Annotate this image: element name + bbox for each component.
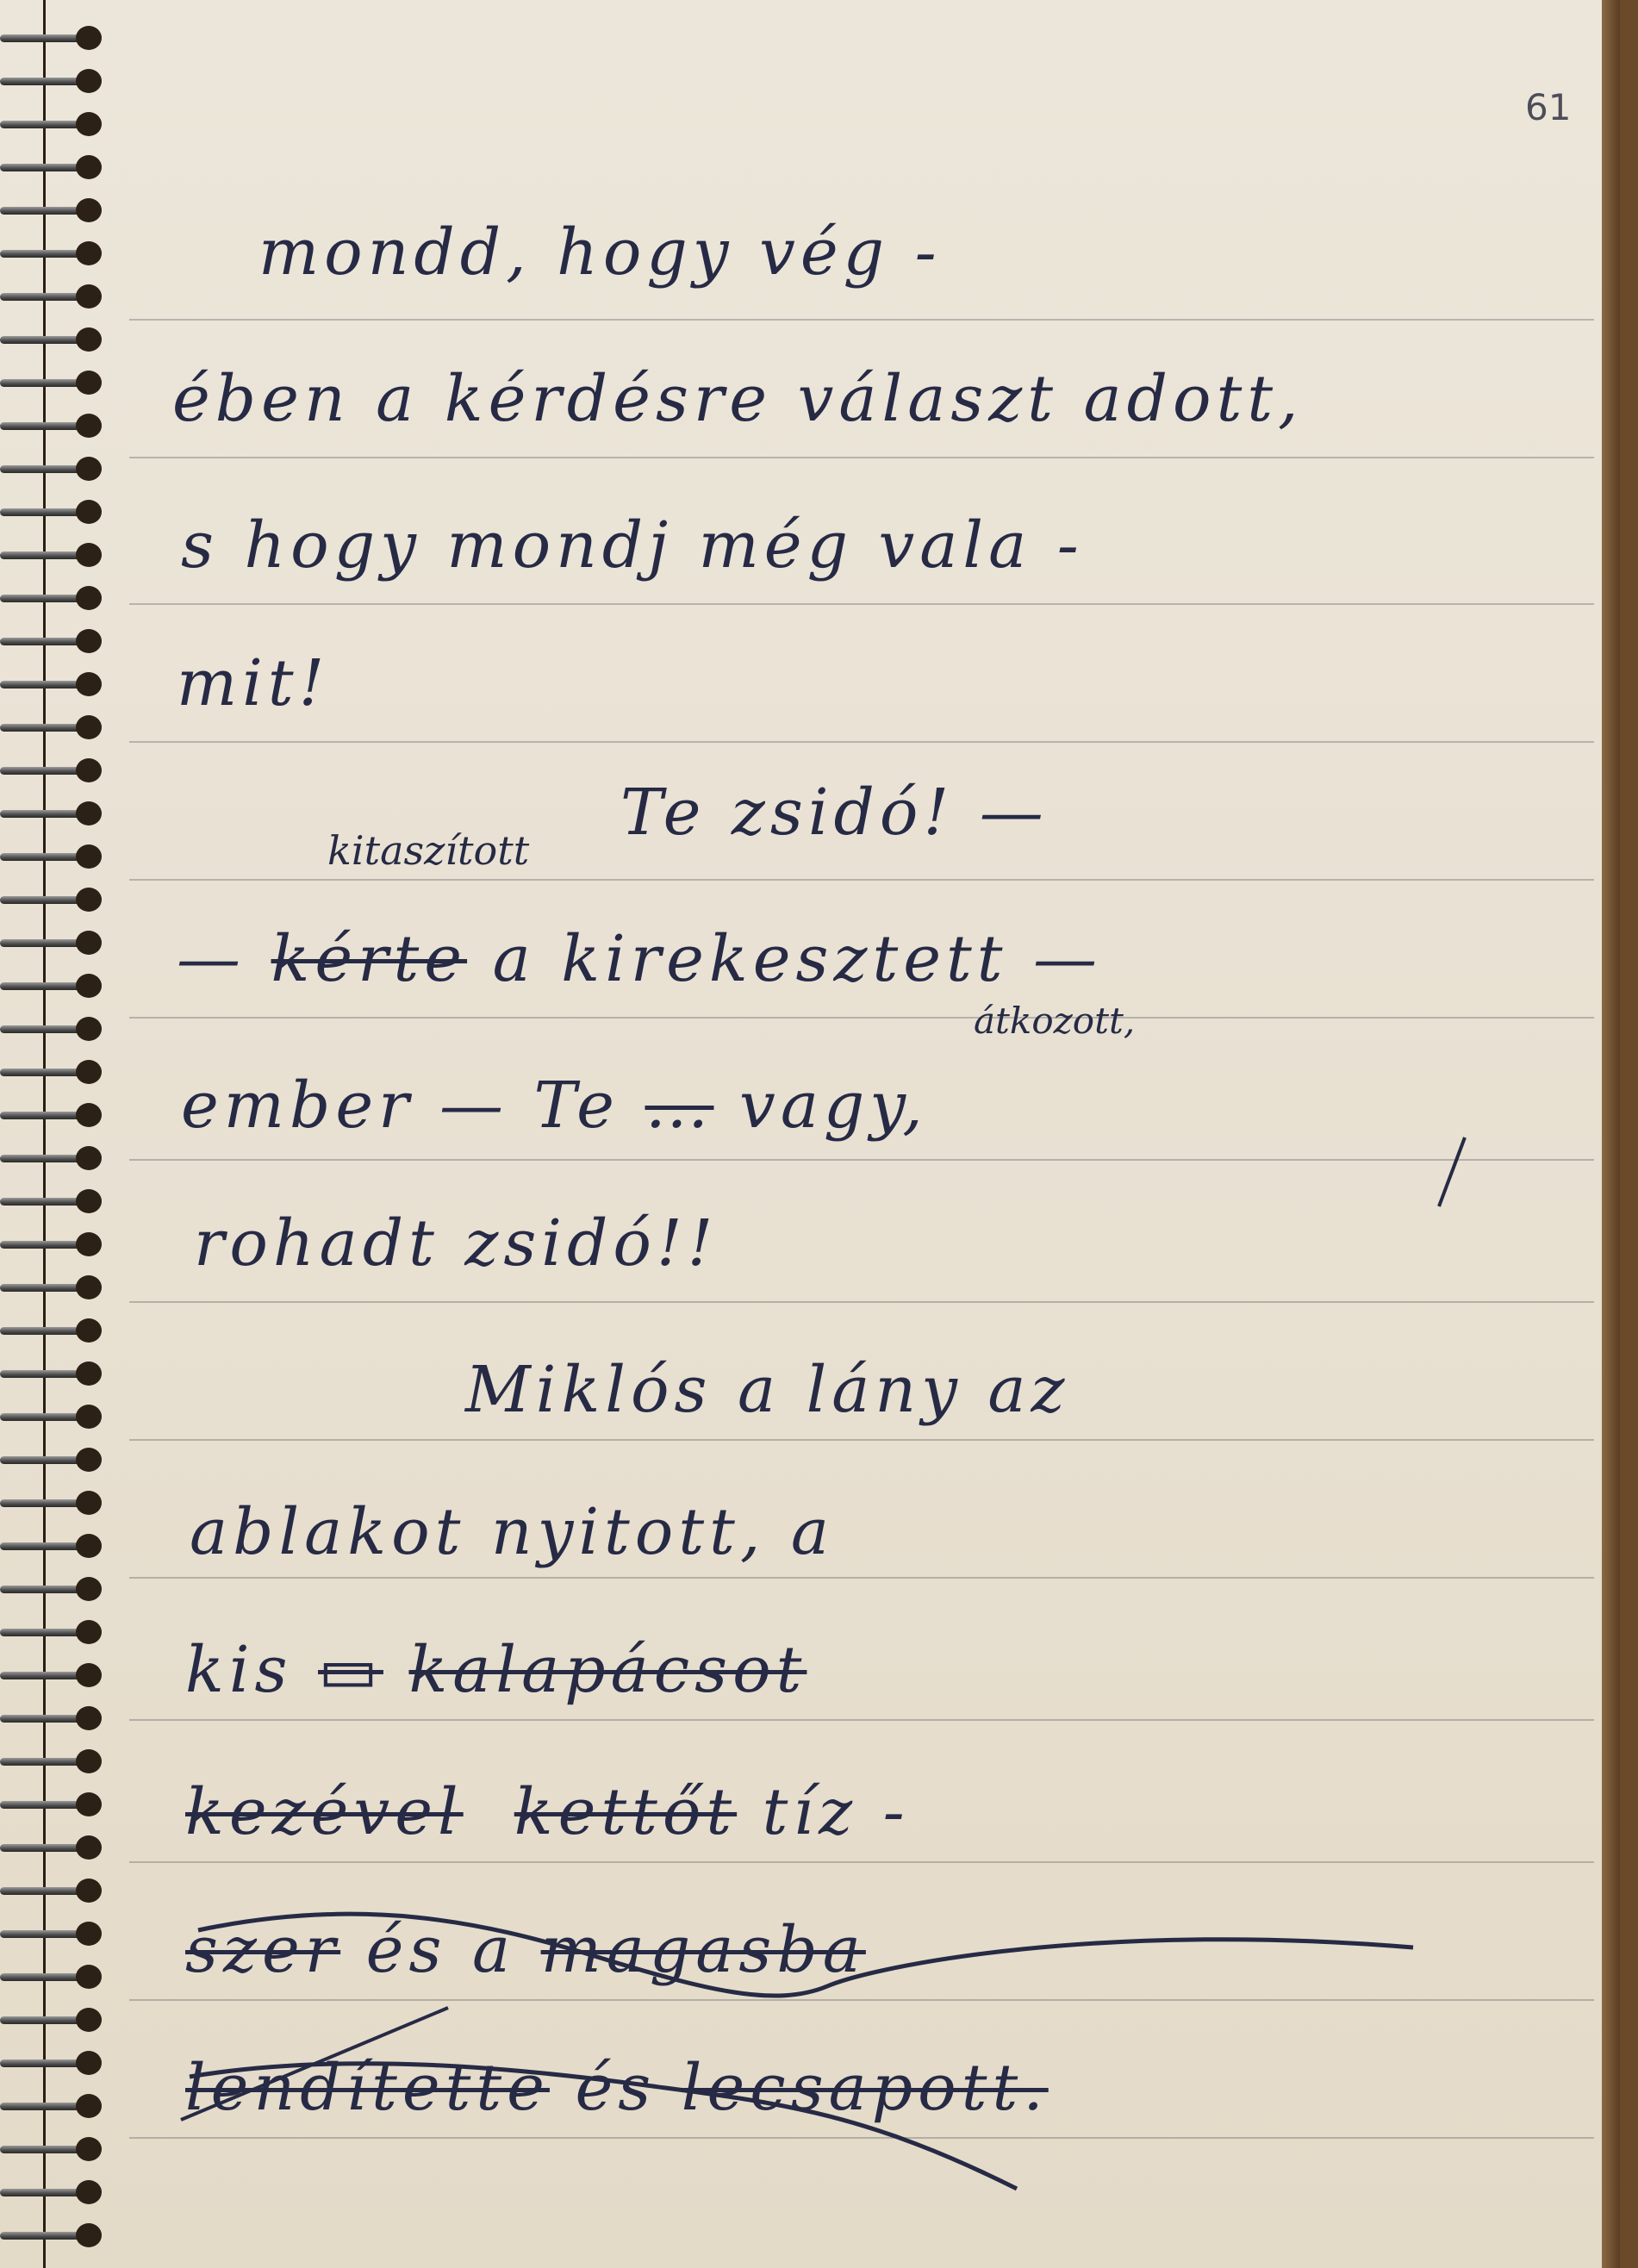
manuscript-line-2: ében a kérdésre választ adott, <box>172 362 1304 436</box>
manuscript-line-3: s hogy mondj még vala - <box>181 508 1084 583</box>
ring-wire <box>0 1155 86 1162</box>
punch-hole <box>76 1405 102 1429</box>
spiral-ring <box>0 1275 99 1301</box>
spiral-ring <box>0 974 99 1000</box>
manuscript-line-14: lendítette és lecsapott. <box>185 2051 1049 2125</box>
ring-wire <box>0 724 86 732</box>
ring-wire <box>0 1586 86 1593</box>
ring-wire <box>0 1758 86 1766</box>
ring-wire <box>0 1025 86 1033</box>
ruled-line <box>129 2137 1594 2139</box>
manuscript-line-6: — kérte a kirekesztett — <box>177 922 1102 996</box>
spiral-ring <box>0 1189 99 1215</box>
punch-hole <box>76 1189 102 1213</box>
punch-hole <box>76 1146 102 1170</box>
spiral-ring <box>0 241 99 267</box>
punch-hole <box>76 1879 102 1903</box>
punch-hole <box>76 1491 102 1515</box>
spiral-ring <box>0 1491 99 1517</box>
ring-wire <box>0 164 86 171</box>
ruled-line <box>129 1301 1594 1303</box>
manuscript-line-7: ember — Te … vagy, <box>181 1069 928 1143</box>
spiral-ring <box>0 1534 99 1560</box>
ring-wire <box>0 810 86 818</box>
ring-wire <box>0 121 86 128</box>
spiral-ring <box>0 1318 99 1344</box>
spiral-ring <box>0 1232 99 1258</box>
ring-wire <box>0 2189 86 2196</box>
line-text: kis <box>185 1633 292 1707</box>
spiral-ring <box>0 2223 99 2249</box>
inserted-word: kitaszított <box>327 827 529 874</box>
ring-wire <box>0 1930 86 1938</box>
ruled-line <box>129 1999 1594 2001</box>
punch-hole <box>76 2137 102 2161</box>
spiral-ring <box>0 1792 99 1818</box>
ring-wire <box>0 422 86 430</box>
spiral-ring <box>0 1103 99 1129</box>
spiral-binding <box>0 0 112 2268</box>
spiral-ring <box>0 801 99 827</box>
punch-hole <box>76 974 102 998</box>
spiral-ring <box>0 1361 99 1387</box>
ring-wire <box>0 982 86 990</box>
spiral-ring <box>0 1922 99 1947</box>
punch-hole <box>76 801 102 826</box>
line-text: ember — Te <box>181 1069 620 1143</box>
ring-wire <box>0 1069 86 1076</box>
punch-hole <box>76 1965 102 1989</box>
ring-wire <box>0 2059 86 2067</box>
ruled-line <box>129 1719 1594 1721</box>
struck-word: szer <box>185 1913 340 1987</box>
ruled-line <box>129 319 1594 321</box>
spiral-ring <box>0 414 99 439</box>
spiral-ring <box>0 198 99 224</box>
manuscript-line-11: kis ▭ kalapácsot <box>185 1633 807 1707</box>
ring-wire <box>0 1542 86 1550</box>
spiral-ring <box>0 1405 99 1430</box>
ring-wire <box>0 1499 86 1507</box>
ring-wire <box>0 551 86 559</box>
punch-hole <box>76 112 102 136</box>
ring-wire <box>0 293 86 301</box>
punch-hole <box>76 543 102 567</box>
ring-wire <box>0 1112 86 1119</box>
line-rest: és <box>550 2051 682 2125</box>
manuscript-line-10: ablakot nyitott, a <box>190 1495 834 1569</box>
line-rest: és a <box>340 1913 540 1987</box>
punch-hole <box>76 1792 102 1816</box>
punch-hole <box>76 2051 102 2075</box>
ring-wire <box>0 78 86 85</box>
punch-hole <box>76 241 102 265</box>
line-prefix: — <box>177 922 271 996</box>
struck-word: kalapácsot <box>408 1633 807 1707</box>
notebook-page: 61 mondd, hogy vég - ében a kérdésre vál… <box>0 0 1620 2268</box>
spiral-ring <box>0 2008 99 2034</box>
comma-stroke <box>1439 1137 1465 1206</box>
ring-wire <box>0 2016 86 2024</box>
ring-wire <box>0 939 86 947</box>
ring-wire <box>0 2232 86 2240</box>
spiral-ring <box>0 1835 99 1861</box>
punch-hole <box>76 69 102 93</box>
ring-wire <box>0 681 86 688</box>
ring-wire <box>0 1198 86 1206</box>
punch-hole <box>76 629 102 653</box>
page-edge <box>1602 0 1620 2268</box>
spiral-ring <box>0 931 99 956</box>
spiral-ring <box>0 1146 99 1172</box>
punch-hole <box>76 284 102 308</box>
ruled-line <box>129 457 1594 458</box>
punch-hole <box>76 1577 102 1601</box>
manuscript-line-5: Te zsidó! — <box>620 776 1049 850</box>
manuscript-line-1: mondd, hogy vég - <box>258 215 942 290</box>
ruled-line <box>129 1439 1594 1441</box>
spiral-ring <box>0 1663 99 1689</box>
struck-word: … <box>645 1069 713 1143</box>
spiral-ring <box>0 586 99 612</box>
spiral-ring <box>0 2094 99 2120</box>
struck-word: magasba <box>541 1913 866 1987</box>
spiral-ring <box>0 1060 99 1086</box>
punch-hole <box>76 2223 102 2247</box>
struck-word: kezével <box>185 1775 464 1849</box>
punch-hole <box>76 1361 102 1386</box>
spiral-ring <box>0 1620 99 1646</box>
spiral-ring <box>0 2137 99 2163</box>
punch-hole <box>76 1835 102 1860</box>
manuscript-line-4: mit! <box>177 646 329 720</box>
ring-wire <box>0 1456 86 1464</box>
manuscript-line-8: rohadt zsidó!! <box>194 1206 718 1280</box>
punch-hole <box>76 672 102 696</box>
spiral-ring <box>0 715 99 741</box>
punch-hole <box>76 371 102 395</box>
ring-wire <box>0 1413 86 1421</box>
spiral-ring <box>0 2180 99 2206</box>
spiral-ring <box>0 1448 99 1474</box>
punch-hole <box>76 1663 102 1687</box>
punch-hole <box>76 1232 102 1256</box>
punch-hole <box>76 888 102 912</box>
ring-wire <box>0 638 86 645</box>
ring-wire <box>0 1887 86 1895</box>
ring-wire <box>0 34 86 42</box>
punch-hole <box>76 198 102 222</box>
ring-wire <box>0 896 86 904</box>
spiral-ring <box>0 1749 99 1775</box>
punch-hole <box>76 1922 102 1946</box>
inserted-word: átkozott, <box>974 1000 1135 1042</box>
ring-wire <box>0 465 86 473</box>
spiral-ring <box>0 1577 99 1603</box>
punch-hole <box>76 457 102 481</box>
spiral-ring <box>0 888 99 913</box>
spiral-ring <box>0 844 99 870</box>
punch-hole <box>76 1706 102 1730</box>
struck-word: lendítette <box>185 2051 550 2125</box>
ring-wire <box>0 853 86 861</box>
manuscript-line-13: szer és a magasba <box>185 1913 866 1987</box>
ruled-line <box>129 879 1594 881</box>
spiral-ring <box>0 500 99 526</box>
ring-wire <box>0 207 86 215</box>
ring-wire <box>0 1370 86 1378</box>
punch-hole <box>76 1275 102 1299</box>
struck-word: ▭ <box>318 1633 383 1707</box>
ruled-line <box>129 741 1594 743</box>
ring-wire <box>0 2103 86 2110</box>
ring-wire <box>0 1327 86 1335</box>
punch-hole <box>76 1103 102 1127</box>
spiral-ring <box>0 1017 99 1043</box>
punch-hole <box>76 1017 102 1041</box>
punch-hole <box>76 500 102 524</box>
ruled-line <box>129 1159 1594 1161</box>
punch-hole <box>76 758 102 782</box>
spiral-ring <box>0 112 99 138</box>
spiral-ring <box>0 629 99 655</box>
ring-wire <box>0 1973 86 1981</box>
ring-wire <box>0 1715 86 1723</box>
punch-hole <box>76 1318 102 1343</box>
punch-hole <box>76 586 102 610</box>
punch-hole <box>76 155 102 179</box>
spiral-ring <box>0 1879 99 1904</box>
ring-wire <box>0 1801 86 1809</box>
ring-wire <box>0 336 86 344</box>
punch-hole <box>76 327 102 352</box>
punch-hole <box>76 931 102 955</box>
punch-hole <box>76 2180 102 2204</box>
spiral-ring <box>0 457 99 483</box>
punch-hole <box>76 26 102 50</box>
struck-word: kérte <box>271 922 468 996</box>
spiral-ring <box>0 1706 99 1732</box>
ring-wire <box>0 379 86 387</box>
ring-wire <box>0 1241 86 1249</box>
punch-hole <box>76 2008 102 2032</box>
spiral-ring <box>0 2051 99 2077</box>
ruled-line <box>129 1861 1594 1863</box>
spiral-ring <box>0 1965 99 1991</box>
spiral-ring <box>0 758 99 784</box>
spiral-ring <box>0 26 99 52</box>
spiral-ring <box>0 284 99 310</box>
punch-hole <box>76 2094 102 2118</box>
spiral-ring <box>0 327 99 353</box>
spiral-ring <box>0 69 99 95</box>
ring-wire <box>0 1629 86 1636</box>
struck-word: lecsapott. <box>682 2051 1049 2125</box>
ring-wire <box>0 2146 86 2153</box>
spiral-ring <box>0 371 99 396</box>
ring-wire <box>0 1672 86 1679</box>
punch-hole <box>76 1534 102 1558</box>
ruled-line <box>129 603 1594 605</box>
punch-hole <box>76 1749 102 1773</box>
struck-word: kettőt <box>514 1775 737 1849</box>
spiral-ring <box>0 672 99 698</box>
punch-hole <box>76 414 102 438</box>
ring-wire <box>0 595 86 602</box>
ring-wire <box>0 767 86 775</box>
ring-wire <box>0 508 86 516</box>
manuscript-line-9: Miklós a lány az <box>465 1353 1070 1427</box>
ring-wire <box>0 1284 86 1292</box>
line-rest: vagy, <box>713 1069 927 1143</box>
ruled-line <box>129 1017 1594 1019</box>
punch-hole <box>76 1060 102 1084</box>
ruled-line <box>129 1577 1594 1579</box>
manuscript-line-12: kezével kettőt tíz - <box>185 1775 910 1849</box>
punch-hole <box>76 715 102 739</box>
spiral-ring <box>0 155 99 181</box>
punch-hole <box>76 1448 102 1472</box>
line-rest: tíz - <box>737 1775 909 1849</box>
spiral-ring <box>0 543 99 569</box>
punch-hole <box>76 1620 102 1644</box>
punch-hole <box>76 844 102 869</box>
line-rest: a kirekesztett — <box>467 922 1102 996</box>
ring-wire <box>0 250 86 258</box>
page-number: 61 <box>1525 86 1571 128</box>
ring-wire <box>0 1844 86 1852</box>
